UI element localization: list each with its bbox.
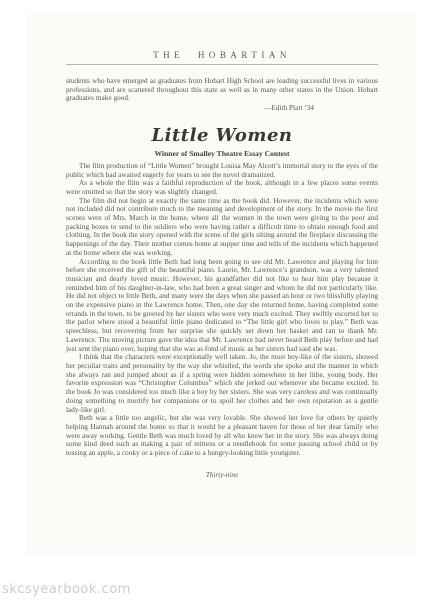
header-rule xyxy=(66,64,378,65)
intro-block: students who have emerged as graduates f… xyxy=(66,77,378,113)
essay-paragraph: I think that the characters were excepti… xyxy=(66,353,378,414)
running-header: THE HOBARTIAN xyxy=(66,50,378,65)
essay-subtitle: Winner of Smalley Theatre Essay Contest xyxy=(66,149,378,158)
watermark: skcsyearbook.com xyxy=(2,582,131,597)
page-number: Thirty-nine xyxy=(66,471,378,480)
essay-paragraph: Beth was a little too angelic, but she w… xyxy=(66,414,378,458)
essay-paragraph: The film did not begin at exactly the sa… xyxy=(66,197,378,258)
running-header-title: THE HOBARTIAN xyxy=(153,50,291,60)
essay-paragraph: The film production of “Little Women” br… xyxy=(66,162,378,179)
essay-body: The film production of “Little Women” br… xyxy=(66,162,378,458)
scanned-yearbook-page: THE HOBARTIAN students who have emerged … xyxy=(0,0,440,600)
intro-paragraph: students who have emerged as graduates f… xyxy=(66,77,378,103)
essay-paragraph: As a whole the film was a faithful repro… xyxy=(66,179,378,196)
text-column: THE HOBARTIAN students who have emerged … xyxy=(66,50,378,480)
essay-title: Little Women xyxy=(66,126,378,146)
essay-paragraph: According to the book little Beth had lo… xyxy=(66,258,378,354)
intro-signature: —Edith Platt ’34 xyxy=(66,104,378,113)
